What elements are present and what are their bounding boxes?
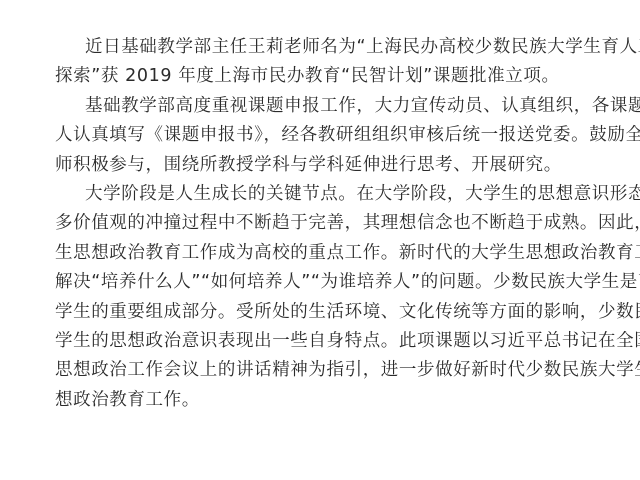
paragraph-line: 想政治教育工作。 <box>55 386 595 415</box>
paragraph-line: 解决“培养什么人”“如何培养人”“为谁培养人”的问题。少数民族大学生是高校大 <box>55 268 595 297</box>
paragraph-line: 生思想政治教育工作成为高校的重点工作。新时代的大学生思想政治教育工作要 <box>55 239 595 268</box>
paragraph-1: 近日基础教学部主任王莉老师名为“上海民办高校少数民族大学生育人工作 探索”获 2… <box>55 33 595 92</box>
paragraph-line: 近日基础教学部主任王莉老师名为“上海民办高校少数民族大学生育人工作 <box>55 33 595 62</box>
paragraph-line: 学生的重要组成部分。受所处的生活环境、文化传统等方面的影响，少数民族大 <box>55 298 595 327</box>
paragraph-line: 基础教学部高度重视课题申报工作，大力宣传动员、认真组织，各课题申请 <box>55 92 595 121</box>
paragraph-line: 师积极参与，围绕所教授学科与学科延伸进行思考、开展研究。 <box>55 151 595 180</box>
paragraph-line: 多价值观的冲撞过程中不断趋于完善，其理想信念也不断趋于成熟。因此，大学 <box>55 209 595 238</box>
paragraph-line: 探索”获 2019 年度上海市民办教育“民智计划”课题批准立项。 <box>55 62 595 91</box>
paragraph-line: 人认真填写《课题申报书》，经各教研组组织审核后统一报送党委。鼓励全体教 <box>55 121 595 150</box>
paragraph-3: 大学阶段是人生成长的关键节点。在大学阶段，大学生的思想意识形态在众 多价值观的冲… <box>55 180 595 415</box>
paragraph-line: 学生的思想政治意识表现出一些自身特点。此项课题以习近平总书记在全国高校 <box>55 327 595 356</box>
paragraph-line: 大学阶段是人生成长的关键节点。在大学阶段，大学生的思想意识形态在众 <box>55 180 595 209</box>
paragraph-line: 思想政治工作会议上的讲话精神为指引，进一步做好新时代少数民族大学生的思 <box>55 356 595 385</box>
article-body: 近日基础教学部主任王莉老师名为“上海民办高校少数民族大学生育人工作 探索”获 2… <box>55 33 595 415</box>
paragraph-2: 基础教学部高度重视课题申报工作，大力宣传动员、认真组织，各课题申请 人认真填写《… <box>55 92 595 180</box>
